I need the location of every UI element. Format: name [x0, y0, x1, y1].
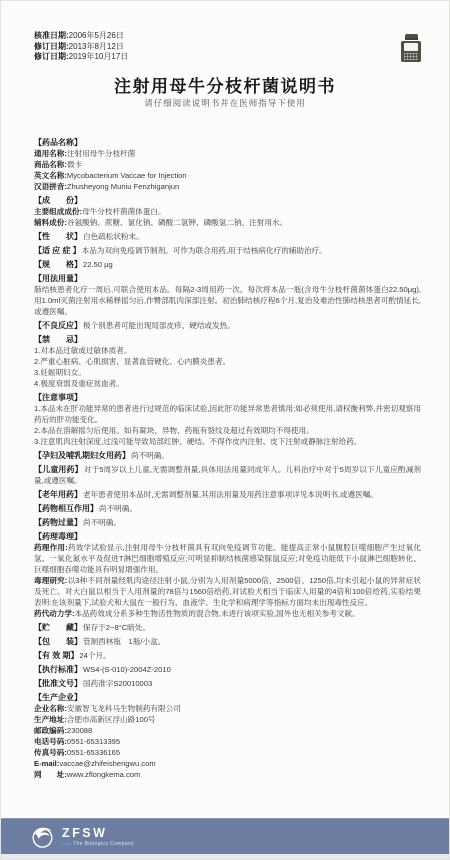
section-line: 企业名称:安徽智飞龙科马生物制药有限公司: [34, 703, 421, 714]
section-line: 【执行标准】WS4-(S-010)-2004Z-2010: [34, 664, 421, 675]
line-text: 1.对本品过敏或过敏体质者。: [34, 346, 131, 355]
section-line: 肺结核患者化疗一周后,可联合使用本品。每隔2-3周用药一次。每次将本品一瓶(含母…: [34, 284, 421, 317]
section-line: 【性 状】白色疏松状粉末。: [34, 231, 421, 242]
section-line: 【贮 藏】保存于2~8°C暗处。: [34, 622, 421, 633]
line-text: 本品药效成分系多种生物活性物质的混合物,未进行该项实验,国外也无相关参考文献。: [75, 609, 360, 618]
section-line: 英文名称:Mycobacterium Vaccae for Injection: [34, 170, 421, 181]
section-line: 【不良反应】极个别患者可能出现局部皮疹、硬结或发热。: [34, 320, 421, 331]
section: 【有 效 期】24个月。: [34, 650, 421, 661]
section-line: 毒理研究:以3种不同剂量经肌肉途径注射小鼠,分别为人用剂量5000倍、2500倍…: [34, 575, 421, 608]
section-line: 2.本品在溶解摇匀后使用。如有凝块、异物、药瓶有裂纹及超过有效期均不得使用。: [34, 425, 421, 436]
section-header: 【禁 忌】: [34, 334, 421, 345]
section-line: 【儿童用药】对于5周岁以上儿童,无需调整剂量,具体用法用量同成年人。儿科治疗中对…: [34, 464, 421, 486]
line-text: Zhusheyong Muniu Fenzhiganjun: [67, 182, 179, 191]
section-text: 24个月。: [79, 651, 110, 660]
section-line: 【批准文号】国药准字S20010003: [34, 678, 421, 689]
section: 【不良反应】极个别患者可能出现局部皮疹、硬结或发热。: [34, 320, 421, 331]
logo-text-block: ZFSW The Biologics Company: [62, 827, 134, 847]
section-header: 【执行标准】: [34, 665, 82, 674]
section-text: 22.50 μg: [83, 260, 113, 269]
section-header: 【包 装】: [34, 637, 82, 646]
line-label: 药理作用:: [34, 543, 68, 552]
section-header: 【药理毒理】: [34, 531, 421, 542]
line-label: 英文名称:: [34, 171, 67, 180]
approval-dates: 核准日期:2006年5月26日修订日期:2013年8月12日修订日期:2019年…: [34, 31, 128, 63]
vial-label: [404, 43, 418, 51]
section-header: 【批准文号】: [34, 679, 82, 688]
line-text: www.zflongkema.com: [67, 770, 140, 779]
line-text: 微卡: [67, 160, 82, 169]
line-label: 网 址:: [34, 770, 67, 779]
section-text: 尚不明确。: [99, 504, 137, 513]
vial-cap: [405, 34, 418, 40]
line-text: 4.极度衰弱及重症贫血者。: [34, 379, 124, 388]
section-line: 【包 装】管制西林瓶 1瓶/小盒。: [34, 636, 421, 647]
section-line: 【规 格】22.50 μg: [34, 259, 421, 270]
line-label: 电话号码:: [34, 737, 67, 746]
section-header: 【孕妇及哺乳期妇女用药】: [34, 451, 130, 460]
section: 【药物相互作用】尚不明确。: [34, 503, 421, 514]
section-line: 通用名称:注射用母牛分枝杆菌: [34, 148, 421, 159]
vial-body: [401, 41, 421, 62]
line-text: 母牛分枝杆菌菌体蛋白。: [82, 207, 166, 216]
line-label: 通用名称:: [34, 149, 67, 158]
section-header: 【老年用药】: [34, 490, 82, 499]
line-text: 安徽智飞龙科马生物制药有限公司: [67, 704, 181, 713]
section-line: 4.极度衰弱及重症贫血者。: [34, 378, 421, 389]
section-line: 【孕妇及哺乳期妇女用药】尚不明确。: [34, 450, 421, 461]
line-label: 商品名称:: [34, 160, 67, 169]
section: 【儿童用药】对于5周岁以上儿童,无需调整剂量,具体用法用量同成年人。儿科治疗中对…: [34, 464, 421, 486]
section-line: 主要组成成份:母牛分枝杆菌菌体蛋白。: [34, 206, 421, 217]
section-text: 尚不明确。: [83, 518, 121, 527]
line-label: E-mail:: [34, 759, 59, 768]
section-line: 商品名称:微卡: [34, 159, 421, 170]
section-line: 邮政编码:230088: [34, 725, 421, 736]
line-label: 毒理研究:: [34, 576, 67, 585]
section: 【规 格】22.50 μg: [34, 259, 421, 270]
section-line: 【药物过量】尚不明确。: [34, 517, 421, 528]
vial-grid-texture: [404, 53, 418, 60]
section-line: 1.本品未在肝功能异常的患者进行过规范的临床试验,因此肝功能异常患者慎用;如必须…: [34, 403, 421, 425]
section-header: 【用法用量】: [34, 273, 421, 284]
date-line: 核准日期:2006年5月26日: [34, 31, 128, 42]
line-text: 药效学试验显示,注射用母牛分枝杆菌具有双向免疫调节功能。能提高正常小鼠腹腔巨噬细…: [34, 543, 421, 574]
line-text: 谷氨酸钠、蔗糖、氯化钠、磷酸二氢钾、磷酸氢二钠、注射用水。: [67, 218, 287, 227]
section-header: 【有 效 期】: [34, 651, 78, 660]
line-text: 0551-65336165: [67, 748, 120, 757]
line-text: 注射用母牛分枝杆菌: [67, 149, 135, 158]
section-header: 【适 应 症 】: [34, 246, 81, 255]
logo-tagline: The Biologics Company: [62, 841, 134, 847]
section-text: 老年患者使用本品时,无需调整剂量,其用法用量及用药注意事项详见本说明书,或遵医嘱…: [83, 490, 378, 499]
section-line: 1.对本品过敏或过敏体质者。: [34, 345, 421, 356]
logo-tagline-text: The Biologics Company: [73, 841, 134, 847]
section-text: 国药准字S20010003: [83, 679, 152, 688]
section: 【包 装】管制西林瓶 1瓶/小盒。: [34, 636, 421, 647]
section: 【贮 藏】保存于2~8°C暗处。: [34, 622, 421, 633]
section-line: 药代动力学:本品药效成分系多种生物活性物质的混合物,未进行该项实验,国外也无相关…: [34, 608, 421, 619]
section: 【成 份】主要组成成份:母牛分枝杆菌菌体蛋白。辅料成份:谷氨酸钠、蔗糖、氯化钠、…: [34, 195, 421, 228]
page-subtitle: 请仔细阅读说明书并在医师指导下使用: [1, 97, 449, 109]
section-line: 生产地址:合肥市高新区浮山路100号: [34, 714, 421, 725]
company-logo: ZFSW The Biologics Company: [29, 823, 134, 850]
section: 【药品名称】通用名称:注射用母牛分枝杆菌商品名称:微卡英文名称:Mycobact…: [34, 137, 421, 192]
section-text: 管制西林瓶 1瓶/小盒。: [83, 637, 165, 646]
line-label: 主要组成成份:: [34, 207, 82, 216]
line-text: 3.妊娠期妇女。: [34, 368, 86, 377]
section-header: 【生产企业】: [34, 692, 421, 703]
logo-swirl-icon: [29, 823, 56, 850]
section-line: 药理作用:药效学试验显示,注射用母牛分枝杆菌具有双向免疫调节功能。能提高正常小鼠…: [34, 542, 421, 575]
section-text: 白色疏松状粉末。: [83, 232, 144, 241]
section-line: 电话号码:0551-65313395: [34, 736, 421, 747]
section-header: 【性 状】: [34, 232, 82, 241]
leaflet-page: 核准日期:2006年5月26日修订日期:2013年8月12日修订日期:2019年…: [0, 0, 450, 860]
line-text: Mycobacterium Vaccae for Injection: [67, 171, 187, 180]
section-header: 【贮 藏】: [34, 623, 82, 632]
section-header: 【药物相互作用】: [34, 504, 98, 513]
section-header: 【注意事项】: [34, 392, 421, 403]
section: 【老年用药】老年患者使用本品时,无需调整剂量,其用法用量及用药注意事项详见本说明…: [34, 489, 421, 500]
section-line: 网 址:www.zflongkema.com: [34, 769, 421, 780]
line-label: 企业名称:: [34, 704, 67, 713]
medicine-vial-icon: [401, 34, 421, 62]
line-text: 230088: [67, 726, 92, 735]
section-line: E-mail:vaccae@zhifeishengwu.com: [34, 758, 421, 769]
section-line: 3.注意肌肉注射深度,过浅可能导致局部红肿、硬结。不得作皮内注射、皮下注射或静脉…: [34, 436, 421, 447]
footer-bottom-strip: [1, 854, 449, 860]
section-text: 尚不明确。: [131, 451, 169, 460]
section-line: 【有 效 期】24个月。: [34, 650, 421, 661]
date-line: 修订日期:2019年10月17日: [34, 52, 128, 63]
line-label: 汉语拼音:: [34, 182, 67, 191]
section-header: 【药物过量】: [34, 518, 82, 527]
line-text: 1.本品未在肝功能异常的患者进行过规范的临床试验,因此肝功能异常患者慎用;如必须…: [34, 404, 421, 424]
section: 【注意事项】1.本品未在肝功能异常的患者进行过规范的临床试验,因此肝功能异常患者…: [34, 392, 421, 447]
line-text: 合肥市高新区浮山路100号: [67, 715, 156, 724]
line-text: vaccae@zhifeishengwu.com: [59, 759, 155, 768]
leaflet-body: 【药品名称】通用名称:注射用母牛分枝杆菌商品名称:微卡英文名称:Mycobact…: [34, 137, 421, 780]
section-line: 2.严重心脏病、心肌损害、显著血管硬化、心内膜炎患者。: [34, 356, 421, 367]
date-line: 修订日期:2013年8月12日: [34, 42, 128, 53]
page-title: 注射用母牛分枝杆菌说明书: [1, 72, 449, 97]
section-header: 【规 格】: [34, 260, 82, 269]
line-label: 邮政编码:: [34, 726, 67, 735]
section: 【性 状】白色疏松状粉末。: [34, 231, 421, 242]
line-text: 3.注意肌肉注射深度,过浅可能导致局部红肿、硬结。不得作皮内注射、皮下注射或静脉…: [34, 437, 361, 446]
logo-tagline-accent-bar: [62, 843, 71, 845]
logo-text: ZFSW: [62, 827, 134, 840]
line-text: 2.严重心脏病、心肌损害、显著血管硬化、心内膜炎患者。: [34, 357, 230, 366]
section: 【药理毒理】药理作用:药效学试验显示,注射用母牛分枝杆菌具有双向免疫调节功能。能…: [34, 531, 421, 619]
line-text: 2.本品在溶解摇匀后使用。如有凝块、异物、药瓶有裂纹及超过有效期均不得使用。: [34, 426, 314, 435]
line-text: 0551-65313395: [67, 737, 120, 746]
section: 【禁 忌】1.对本品过敏或过敏体质者。2.严重心脏病、心肌损害、显著血管硬化、心…: [34, 334, 421, 389]
footer-band: ZFSW The Biologics Company: [1, 818, 449, 855]
line-label: 传真号码:: [34, 748, 67, 757]
section-text: WS4-(S-010)-2004Z-2010: [83, 665, 171, 674]
section: 【用法用量】肺结核患者化疗一周后,可联合使用本品。每隔2-3周用药一次。每次将本…: [34, 273, 421, 317]
section-line: 辅料成份:谷氨酸钠、蔗糖、氯化钠、磷酸二氢钾、磷酸氢二钠、注射用水。: [34, 217, 421, 228]
section: 【药物过量】尚不明确。: [34, 517, 421, 528]
section-header: 【成 份】: [34, 195, 421, 206]
line-label: 生产地址:: [34, 715, 67, 724]
section-text: 极个别患者可能出现局部皮疹、硬结或发热。: [83, 321, 235, 330]
section-header: 【药品名称】: [34, 137, 421, 148]
section-text: 对于5周岁以上儿童,无需调整剂量,具体用法用量同成年人。儿科治疗中对于5周岁以下…: [34, 465, 421, 485]
section-header: 【不良反应】: [34, 321, 82, 330]
line-text: 肺结核患者化疗一周后,可联合使用本品。每隔2-3周用药一次。每次将本品一瓶(含母…: [34, 285, 421, 316]
section-line: 【老年用药】老年患者使用本品时,无需调整剂量,其用法用量及用药注意事项详见本说明…: [34, 489, 421, 500]
section-line: 3.妊娠期妇女。: [34, 367, 421, 378]
section: 【批准文号】国药准字S20010003: [34, 678, 421, 689]
section-text: 保存于2~8°C暗处。: [83, 623, 150, 632]
section: 【执行标准】WS4-(S-010)-2004Z-2010: [34, 664, 421, 675]
section-line: 【药物相互作用】尚不明确。: [34, 503, 421, 514]
section: 【适 应 症 】本品为双向免疫调节制剂。可作为联合用药,用于结核病化疗的辅助治疗…: [34, 245, 421, 256]
section-header: 【儿童用药】: [34, 465, 83, 474]
section: 【孕妇及哺乳期妇女用药】尚不明确。: [34, 450, 421, 461]
section-line: 传真号码:0551-65336165: [34, 747, 421, 758]
section: 【生产企业】企业名称:安徽智飞龙科马生物制药有限公司生产地址:合肥市高新区浮山路…: [34, 692, 421, 780]
section-line: 【适 应 症 】本品为双向免疫调节制剂。可作为联合用药,用于结核病化疗的辅助治疗…: [34, 245, 421, 256]
section-text: 本品为双向免疫调节制剂。可作为联合用药,用于结核病化疗的辅助治疗。: [82, 246, 327, 255]
line-text: 以3种不同剂量经肌肉途径注射小鼠,分别为人用剂量5000倍、2500倍、1250…: [34, 576, 421, 607]
line-label: 辅料成份:: [34, 218, 67, 227]
section-line: 汉语拼音:Zhusheyong Muniu Fenzhiganjun: [34, 181, 421, 192]
line-label: 药代动力学:: [34, 609, 75, 618]
